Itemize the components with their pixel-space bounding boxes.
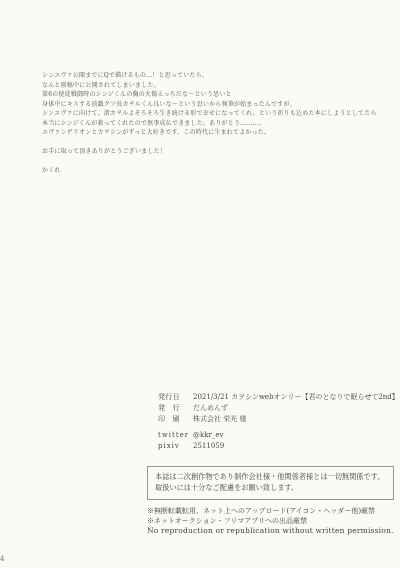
twitter-handle: @kkr_ev	[193, 430, 223, 441]
afterword-line: 第6の使徒戦闘時のシンジくんの胸の火傷えっちだな～という思いと	[42, 90, 377, 100]
afterword-block: シンエヴァ公開までにQで描けるもの…！と思っていたら、 なんと原稿中に公開されて…	[42, 71, 377, 176]
author-name: かくれ	[42, 166, 377, 176]
page-number: 4	[0, 555, 4, 563]
publication-label: 発 行	[158, 403, 193, 414]
publication-row: 発 行 だんめんず	[158, 403, 399, 414]
spacer	[42, 138, 377, 148]
publication-label: 印 刷	[158, 414, 193, 425]
afterword-line: 本当にシンジくんが救ってくれたので無事成仏できました。ありがとう………。	[42, 119, 377, 129]
publication-value: 株式会社 栄光 様	[193, 414, 246, 425]
afterword-line: シンエヴァに向けて、渚カヲルよそろそろ生き続ける形で幸せになってくれ。という祈り…	[42, 109, 377, 119]
publication-value: だんめんず	[193, 403, 228, 414]
publication-label: 発行日	[158, 392, 193, 403]
prohibition-note: ※ネットオークション・フリマアプリへの出品厳禁	[147, 516, 394, 526]
contact-info: twitter @kkr_ev pixiv 2511059	[158, 430, 399, 452]
spacer	[42, 157, 377, 167]
prohibition-notes: ※無断転載転用、ネット上へのアップロード(アイコン・ヘッダー他)厳禁 ※ネットオ…	[147, 506, 394, 536]
disclaimer-line: 本誌は二次創作物であり制作会社様・他関係者様とは一切無関係です。	[155, 472, 386, 483]
publication-value: 2021/3/21 カヲシンwebオンリー【君のとなりで眠らせて2nd】	[193, 392, 399, 403]
publication-row: 印 刷 株式会社 栄光 様	[158, 414, 399, 425]
disclaimer-box: 本誌は二次創作物であり制作会社様・他関係者様とは一切無関係です。 取扱いには十分…	[147, 466, 394, 500]
thanks-line: お手に取って頂きありがとうございました！	[42, 147, 377, 157]
afterword-line: なんと原稿中に公開されてしまいました。	[42, 81, 377, 91]
publication-row: 発行日 2021/3/21 カヲシンwebオンリー【君のとなりで眠らせて2nd】	[158, 392, 399, 403]
prohibition-note: ※無断転載転用、ネット上へのアップロード(アイコン・ヘッダー他)厳禁	[147, 506, 394, 516]
english-copyright-note: No reproduction or republication without…	[147, 526, 394, 536]
afterword-line: エヴァンゲリオンとカヲシンがずっと大好きです。この時代に生まれてよかった。	[42, 128, 377, 138]
afterword-line: シンエヴァ公開までにQで描けるもの…！と思っていたら、	[42, 71, 377, 81]
contact-row: pixiv 2511059	[158, 441, 399, 452]
publication-info: 発行日 2021/3/21 カヲシンwebオンリー【君のとなりで眠らせて2nd】…	[158, 392, 399, 452]
disclaimer-line: 取扱いには十分なご配慮をお願い致します。	[155, 483, 386, 494]
twitter-label: twitter	[158, 430, 193, 441]
afterword-line: 身体中にキスする前戯クソ長カヲルくん良いな～という思いから執筆が始まったんですが…	[42, 100, 377, 110]
doujinshi-colophon-page: シンエヴァ公開までにQで描けるもの…！と思っていたら、 なんと原稿中に公開されて…	[0, 0, 400, 568]
contact-row: twitter @kkr_ev	[158, 430, 399, 441]
pixiv-id: 2511059	[193, 441, 224, 452]
pixiv-label: pixiv	[158, 441, 193, 452]
